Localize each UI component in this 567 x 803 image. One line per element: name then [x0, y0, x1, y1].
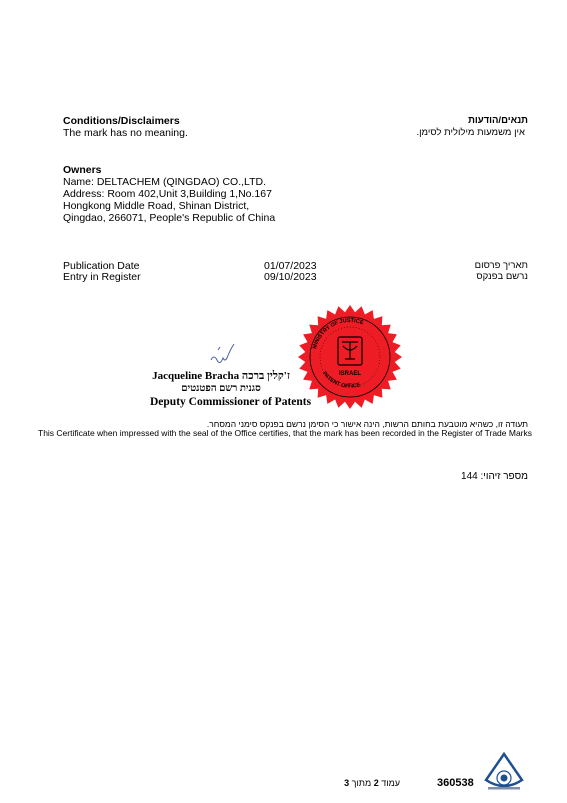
signatory-name: Jacqueline Bracha ז'קלין ברכה: [150, 370, 292, 382]
signatory-title-hebrew: סגנית רשם הפטנטים: [150, 383, 292, 394]
owners-section: Owners Name: DELTACHEM (QINGDAO) CO.,LTD…: [63, 164, 275, 224]
signature-scribble-icon: [208, 340, 238, 368]
identifier-number: מספר זיהוי: 144: [388, 471, 528, 483]
owner-address-line: Hongkong Middle Road, Shinan District,: [63, 200, 275, 212]
certification-logo-icon: [480, 752, 528, 792]
entry-register-label: Entry in Register: [63, 271, 141, 283]
svg-text:ISRAEL: ISRAEL: [339, 371, 361, 377]
patent-office-seal-icon: ISRAEL MINISTRY OF JUSTICE PATENT OFFICE: [297, 304, 403, 410]
page-current: 2: [374, 778, 379, 788]
entry-register-value: 09/10/2023: [264, 271, 317, 283]
signatory-title: Deputy Commissioner of Patents: [150, 396, 292, 408]
page-indicator: עמוד 2 מתוך 3: [300, 778, 400, 788]
conditions-title-hebrew: תנאים/הודעות: [328, 115, 528, 127]
owner-address-line: Address: Room 402,Unit 3,Building 1,No.1…: [63, 188, 275, 200]
page-prefix: עמוד: [381, 778, 400, 788]
signature-block: Jacqueline Bracha ז'קלין ברכה סגנית רשם …: [150, 330, 292, 414]
conditions-text-hebrew: אין משמעות מילולית לסימן.: [285, 127, 525, 139]
owner-name: Name: DELTACHEM (QINGDAO) CO.,LTD.: [63, 176, 275, 188]
certificate-statement: This Certificate when impressed with the…: [38, 428, 538, 438]
page-of: מתוך: [352, 778, 372, 788]
identifier-value: 144: [461, 471, 478, 482]
page-total: 3: [344, 778, 349, 788]
conditions-title: Conditions/Disclaimers: [63, 115, 180, 127]
owner-address-line: Qingdao, 266071, People's Republic of Ch…: [63, 212, 275, 224]
conditions-text: The mark has no meaning.: [63, 127, 188, 139]
owners-title: Owners: [63, 164, 275, 176]
identifier-label: מספר זיהוי:: [481, 471, 529, 482]
entry-register-label-hebrew: נרשם בפנקס: [408, 271, 528, 283]
trademark-number: 360538: [437, 777, 474, 789]
